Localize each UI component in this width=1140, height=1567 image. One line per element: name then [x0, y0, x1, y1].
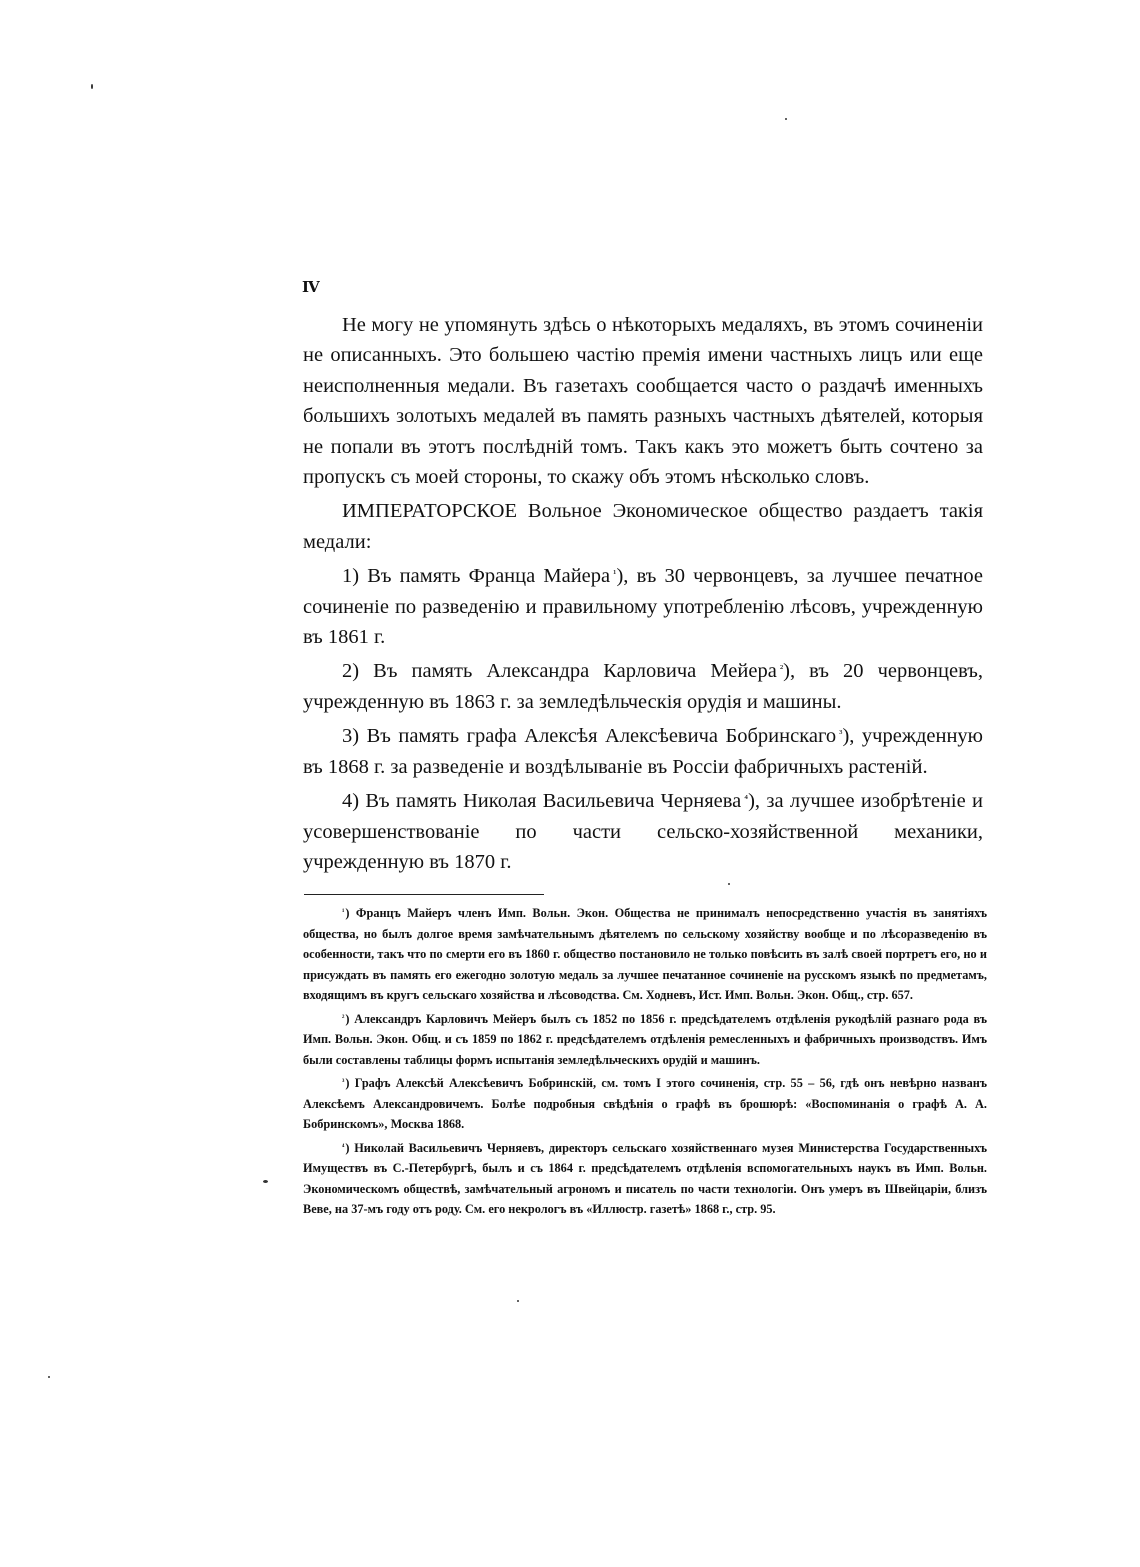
intro-paragraph: Не могу не упомянуть здѣсь о нѣкоторыхъ … [303, 310, 983, 492]
footnote-2: ²) Александръ Карловичъ Мейеръ былъ съ 1… [303, 1009, 987, 1071]
footnote-3: ³) Графъ Алексѣй Алексѣевичъ Бобринскій,… [303, 1073, 987, 1135]
scan-speck [91, 84, 93, 89]
scan-speck [785, 118, 787, 120]
document-page: IV Не могу не упомянуть здѣсь о нѣкоторы… [0, 0, 1140, 1567]
scan-speck [728, 883, 730, 885]
footnote-text: ) Графъ Алексѣй Алексѣевичъ Бобринскій, … [303, 1076, 987, 1131]
medal-item-3: 3) Въ память графа Алексѣя Алексѣевича Б… [303, 721, 983, 782]
medal-item-text: 4) Въ память Николая Васильевича Черняев… [342, 790, 741, 812]
medal-item-1: 1) Въ память Франца Майера¹), въ 30 черв… [303, 561, 983, 652]
footnote-4: ⁴) Николай Васильевичъ Черняевъ, директо… [303, 1138, 987, 1220]
society-paragraph: ИМПЕРАТОРСКОЕ Вольное Экономическое обще… [303, 496, 983, 557]
footnote-text: ) Александръ Карловичъ Мейеръ былъ съ 18… [303, 1012, 987, 1067]
footnotes: ¹) Францъ Майеръ членъ Имп. Вольн. Экон.… [303, 903, 987, 1223]
footnote-ref-2[interactable]: ² [780, 663, 783, 675]
medal-item-2: 2) Въ память Александра Карловича Мейера… [303, 656, 983, 717]
medal-item-4: 4) Въ память Николая Васильевича Черняев… [303, 786, 983, 877]
footnote-ref-3[interactable]: ³ [839, 728, 842, 740]
footnote-1: ¹) Францъ Майеръ членъ Имп. Вольн. Экон.… [303, 903, 987, 1006]
medal-item-text: 2) Въ память Александра Карловича Мейера [342, 660, 777, 682]
main-text: Не могу не упомянуть здѣсь о нѣкоторыхъ … [303, 310, 983, 877]
scan-speck [263, 1180, 268, 1183]
page-number: IV [302, 278, 319, 296]
footnote-ref-4[interactable]: ⁴ [744, 793, 748, 805]
scan-speck [48, 1376, 50, 1378]
footnote-ref-1[interactable]: ¹ [613, 568, 616, 580]
medal-item-text: 3) Въ память графа Алексѣя Алексѣевича Б… [342, 725, 836, 747]
footnote-separator [304, 894, 544, 895]
medal-item-text: 1) Въ память Франца Майера [342, 565, 610, 587]
footnote-text: ) Францъ Майеръ членъ Имп. Вольн. Экон. … [303, 906, 987, 1002]
footnote-text: ) Николай Васильевичъ Черняевъ, директор… [303, 1141, 987, 1217]
scan-speck [517, 1300, 519, 1302]
